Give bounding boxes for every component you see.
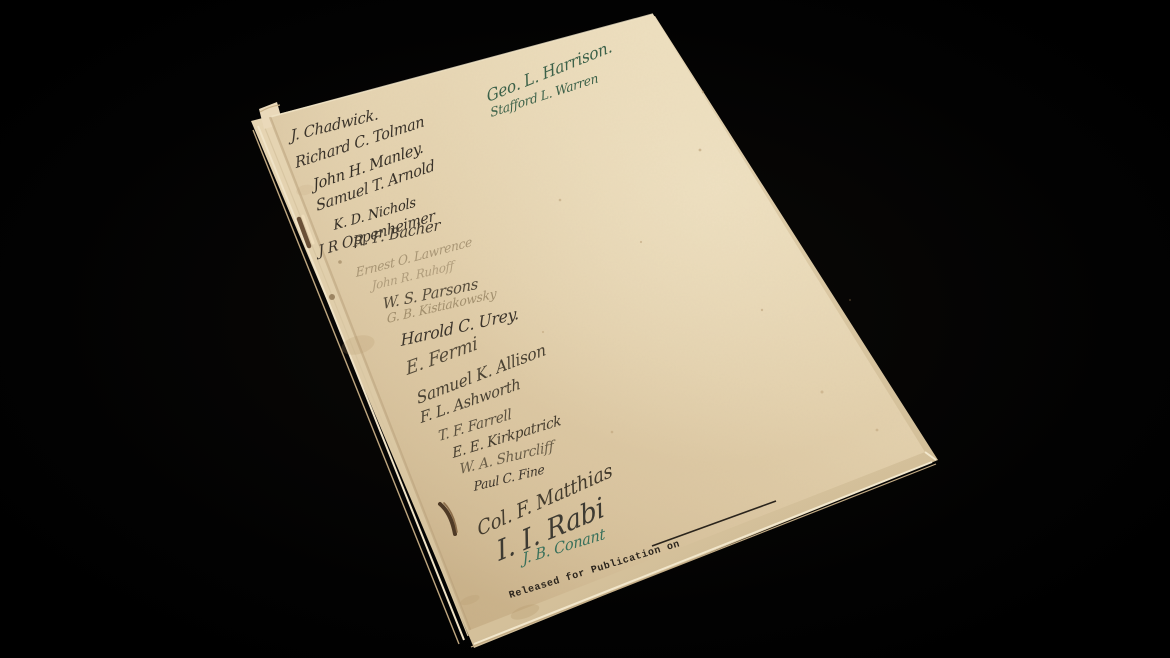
photo-background: Geo. L. Harrison. Stafford L. Warren J. …: [0, 0, 1170, 658]
booklet-photo: Geo. L. Harrison. Stafford L. Warren J. …: [0, 0, 1170, 658]
